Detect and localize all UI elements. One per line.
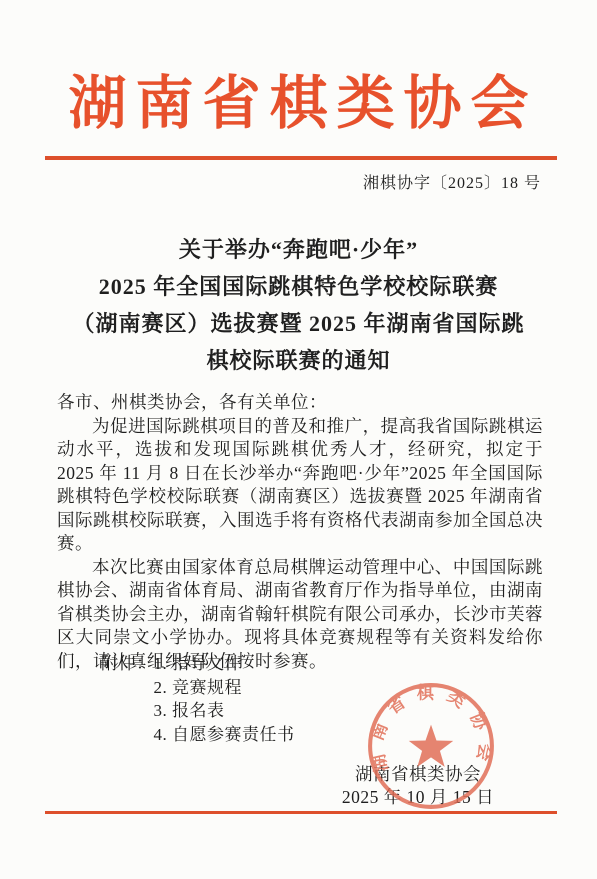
attachment-item-3: 3. 报名表 xyxy=(154,699,295,723)
svg-text:湖南省棋类协会: 湖南省棋类协会 xyxy=(366,682,497,773)
document-page: 湖南省棋类协会 湘棋协字〔2025〕18 号 关于举办“奔跑吧·少年” 2025… xyxy=(0,0,597,879)
attachment-item-2: 2. 竞赛规程 xyxy=(154,676,295,700)
signature-date: 2025 年 10 月 15 日 xyxy=(332,786,504,809)
letterhead-org-name: 湖南省棋类协会 xyxy=(0,72,597,136)
attachments-list: 1. 指导文件 2. 竞赛规程 3. 报名表 4. 自愿参赛责任书 xyxy=(154,652,295,746)
title-line-3: （湖南赛区）选拔赛暨 2025 年湖南省国际跳 xyxy=(0,305,597,342)
attachments-label: 附件： xyxy=(101,652,154,676)
signature-org: 湖南省棋类协会 xyxy=(332,763,504,786)
footer-divider xyxy=(45,811,557,814)
document-number: 湘棋协字〔2025〕18 号 xyxy=(363,170,541,193)
notice-body: 各市、州棋类协会，各有关单位： 为促进国际跳棋项目的普及和推广，提高我省国际跳棋… xyxy=(57,391,543,673)
title-line-2: 2025 年全国国际跳棋特色学校校际联赛 xyxy=(0,268,597,305)
title-line-4: 棋校际联赛的通知 xyxy=(0,342,597,379)
notice-title: 关于举办“奔跑吧·少年” 2025 年全国国际跳棋特色学校校际联赛 （湖南赛区）… xyxy=(0,231,597,379)
salutation: 各市、州棋类协会，各有关单位： xyxy=(57,391,543,415)
seal-star-icon xyxy=(409,725,453,767)
attachment-item-1: 1. 指导文件 xyxy=(154,652,295,676)
title-line-1: 关于举办“奔跑吧·少年” xyxy=(0,231,597,268)
seal-arc-text: 湖南省棋类协会 xyxy=(366,682,497,773)
body-paragraph-1: 为促进国际跳棋项目的普及和推广，提高我省国际跳棋运动水平，选拔和发现国际跳棋优秀… xyxy=(57,415,543,556)
attachment-item-4: 4. 自愿参赛责任书 xyxy=(154,723,295,747)
signature-block: 湖南省棋类协会 2025 年 10 月 15 日 xyxy=(332,763,504,809)
letterhead-divider xyxy=(45,156,557,160)
attachments-block: 附件： 1. 指导文件 2. 竞赛规程 3. 报名表 4. 自愿参赛责任书 xyxy=(101,652,295,746)
